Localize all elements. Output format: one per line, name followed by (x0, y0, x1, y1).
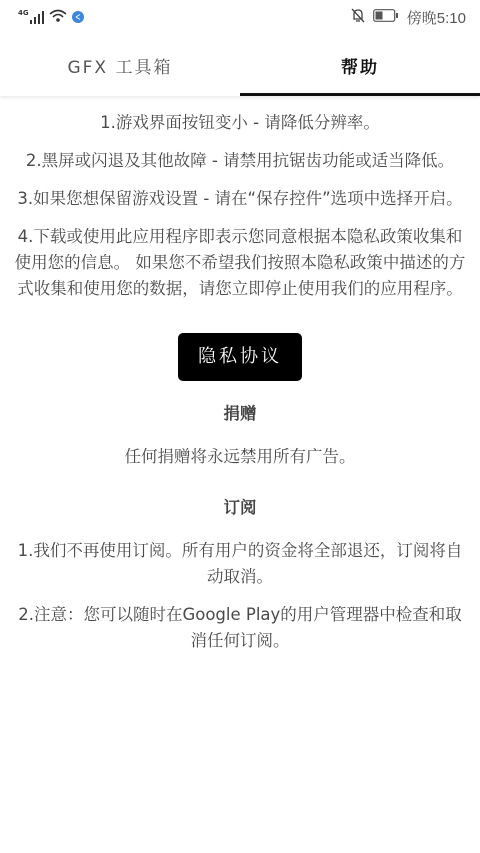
clock: 傍晚5:10 (407, 7, 466, 28)
subscription-item-2: 2.注意：您可以随时在Google Play的用户管理器中检查和取消任何订阅。 (14, 602, 466, 654)
network-type-label: 4G (18, 9, 29, 17)
signal-icon (30, 11, 45, 24)
vpn-app-icon (72, 8, 84, 27)
status-left: 4G (18, 0, 84, 34)
status-right: 傍晚5:10 (351, 0, 466, 34)
battery-icon (373, 8, 399, 26)
privacy-policy-button[interactable]: 隐私协议 (178, 333, 302, 381)
subscription-item-1: 1.我们不再使用订阅。所有用户的资金将全部退还，订阅将自动取消。 (14, 538, 466, 590)
tab-bar: GFX 工具箱 帮助 (0, 34, 480, 96)
tip-1: 1.游戏界面按钮变小 - 请降低分辨率。 (14, 110, 466, 136)
tab-gfx-toolbox[interactable]: GFX 工具箱 (0, 34, 240, 96)
tip-3: 3.如果您想保留游戏设置 - 请在“保存控件”选项中选择开启。 (14, 186, 466, 212)
donate-text: 任何捐赠将永远禁用所有广告。 (14, 444, 466, 470)
mute-icon (351, 8, 365, 27)
subscription-title: 订阅 (14, 495, 466, 521)
tip-2: 2.黑屏或闪退及其他故障 - 请禁用抗锯齿功能或适当降低。 (14, 148, 466, 174)
status-bar: 4G 傍晚5:10 (0, 0, 480, 34)
tab-help[interactable]: 帮助 (240, 34, 480, 96)
donate-title: 捐赠 (14, 401, 466, 427)
help-content: 1.游戏界面按钮变小 - 请降低分辨率。 2.黑屏或闪退及其他故障 - 请禁用抗… (0, 96, 480, 654)
tip-4-privacy-notice: 4.下载或使用此应用程序即表示您同意根据本隐私政策收集和使用您的信息。 如果您不… (14, 224, 466, 302)
wifi-icon (49, 8, 67, 27)
